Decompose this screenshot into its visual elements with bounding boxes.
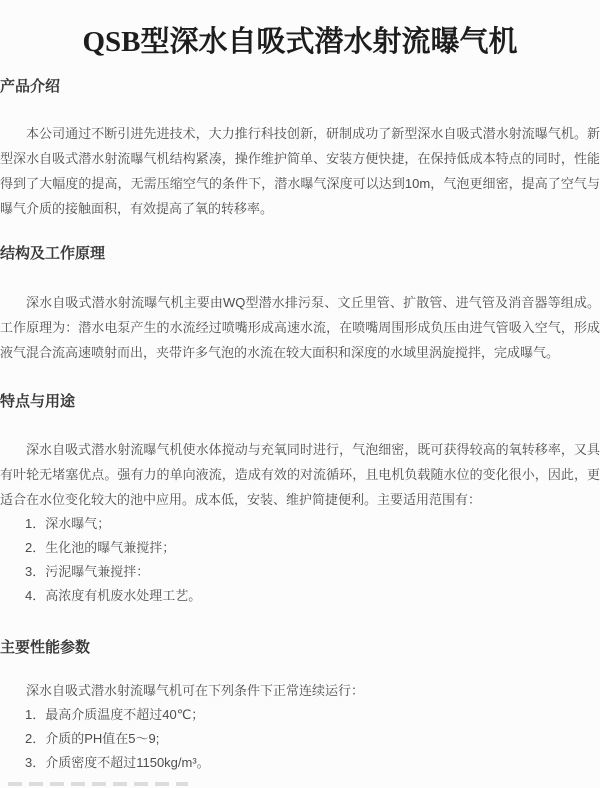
paragraph-features-uses: 深水自吸式潜水射流曝气机使水体搅动与充氧同时进行，气泡细密，既可获得较高的氧转移… bbox=[0, 437, 600, 512]
paragraph-performance-params: 深水自吸式潜水射流曝气机可在下列条件下正常连续运行： bbox=[0, 679, 600, 703]
list-item: 4．高浓度有机废水处理工艺。 bbox=[25, 584, 600, 608]
section-product-intro: 产品介绍 本公司通过不断引进先进技术，大力推行科技创新，研制成功了新型深水自吸式… bbox=[0, 77, 600, 221]
list-item: 2．介质的PH值在5～9; bbox=[25, 727, 600, 751]
document-page: QSB型深水自吸式潜水射流曝气机 产品介绍 本公司通过不断引进先进技术，大力推行… bbox=[0, 0, 600, 788]
list-item: 3．介质密度不超过1150kg/m³。 bbox=[25, 751, 600, 775]
paragraph-structure-principle: 深水自吸式潜水射流曝气机主要由WQ型潜水排污泵、文丘里管、扩散管、进气管及消音器… bbox=[0, 290, 600, 365]
list-item: 1．深水曝气； bbox=[25, 512, 600, 536]
section-performance-params: 主要性能参数 深水自吸式潜水射流曝气机可在下列条件下正常连续运行： 1．最高介质… bbox=[0, 638, 600, 775]
operating-conditions-list: 1．最高介质温度不超过40℃； 2．介质的PH值在5～9; 3．介质密度不超过1… bbox=[0, 703, 600, 775]
section-heading-features-uses: 特点与用途 bbox=[0, 392, 600, 412]
application-list: 1．深水曝气； 2．生化池的曝气兼搅拌； 3．污泥曝气兼搅拌： 4．高浓度有机废… bbox=[0, 512, 600, 608]
section-heading-structure-principle: 结构及工作原理 bbox=[0, 244, 600, 264]
section-heading-performance-params: 主要性能参数 bbox=[0, 638, 600, 658]
list-item: 2．生化池的曝气兼搅拌； bbox=[25, 536, 600, 560]
cutoff-text-fragment bbox=[8, 782, 188, 786]
list-item: 3．污泥曝气兼搅拌： bbox=[25, 560, 600, 584]
page-title: QSB型深水自吸式潜水射流曝气机 bbox=[0, 0, 600, 62]
section-features-uses: 特点与用途 深水自吸式潜水射流曝气机使水体搅动与充氧同时进行，气泡细密，既可获得… bbox=[0, 392, 600, 608]
section-structure-principle: 结构及工作原理 深水自吸式潜水射流曝气机主要由WQ型潜水排污泵、文丘里管、扩散管… bbox=[0, 244, 600, 365]
section-heading-product-intro: 产品介绍 bbox=[0, 77, 600, 97]
paragraph-product-intro: 本公司通过不断引进先进技术，大力推行科技创新，研制成功了新型深水自吸式潜水射流曝… bbox=[0, 121, 600, 221]
list-item: 1．最高介质温度不超过40℃； bbox=[25, 703, 600, 727]
cutoff-content-strip bbox=[0, 779, 600, 788]
